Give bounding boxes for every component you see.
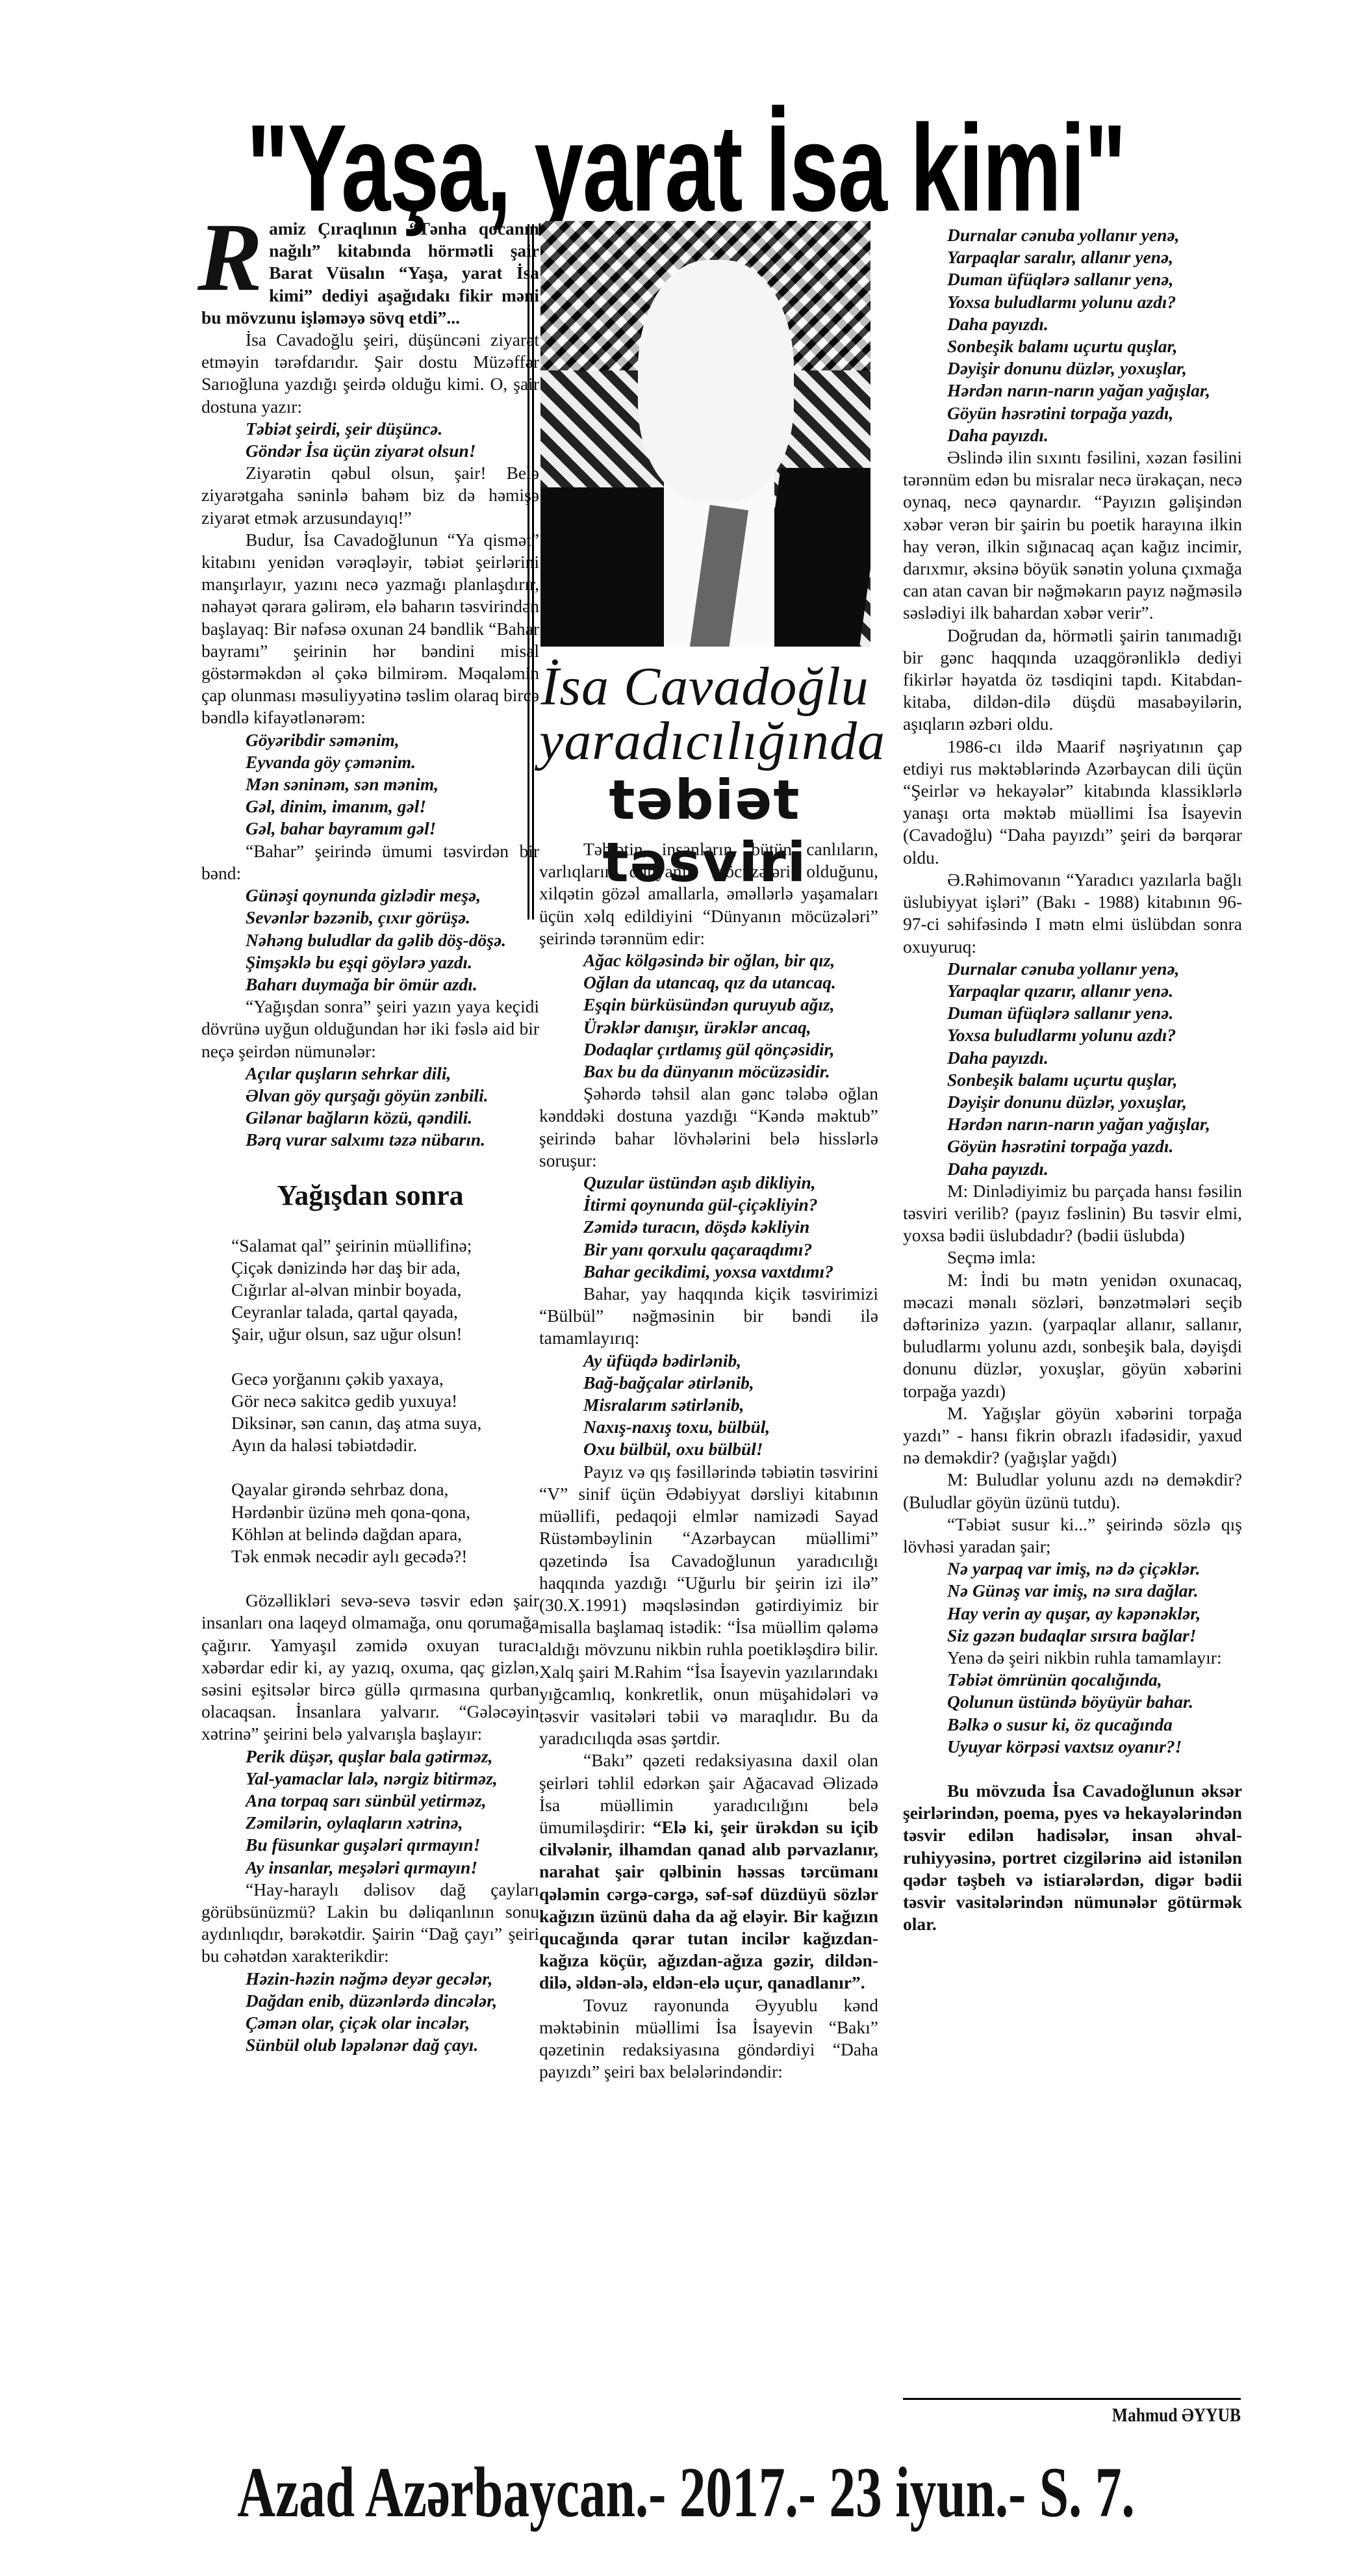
verse-block: Durnalar cənuba yollanır yenə, Yarpaqlar… (903, 224, 1242, 446)
verse-line: Dəyişir donunu düzlər, yoxuşlar, (947, 357, 1242, 380)
verse-line: Hərdən narın-narın yağan yağışlar, (947, 1113, 1242, 1135)
verse-line: Sonbeşik balamı uçurtu quşlar, (947, 1069, 1242, 1091)
paragraph: M: Dinlədiyimiz bu parçada hansı fəsilin… (903, 1180, 1242, 1247)
poem-stanza: Qayalar girəndə sehrbaz dona, Hərdənbir … (201, 1478, 539, 1567)
verse-line: Perik düşər, quşlar bala gətirməz, (246, 1745, 539, 1768)
paragraph: Əslində ilin sıxıntı fəsilini, xəzan fəs… (903, 446, 1242, 625)
verse-block: Təbiət ömrünün qocalığında, Qolunun üstü… (903, 1669, 1242, 1758)
poem-line: Qayalar girəndə sehrbaz dona, (231, 1478, 539, 1501)
verse-line: Yoxsa buludlarmı yolunu azdı? (947, 1024, 1242, 1046)
verse-line: Zəmilərin, oylaqların xətrinə, (246, 1812, 539, 1834)
verse-line: Bir yanı qorxulu qaçaraqdımı? (583, 1239, 878, 1261)
verse-line: Eşqin bürküsündən quruyub ağız, (583, 994, 878, 1016)
verse-line: Mən səninəm, sən mənim, (246, 773, 539, 795)
poem-line: “Salamat qal” şeirinin müəllifinə; (231, 1235, 539, 1257)
verse-line: Bax bu da dünyanın möcüzəsidir. (583, 1061, 878, 1083)
verse-line: Çəmən olar, çiçək olar incələr, (246, 2012, 539, 2034)
drop-cap: R (197, 219, 262, 296)
verse-line: Daha payızdı. (947, 1158, 1242, 1180)
verse-line: Ağac kölgəsində bir oğlan, bir qız, (583, 949, 878, 972)
verse-line: Göndər İsa üçün ziyarət olsun! (246, 440, 539, 462)
paragraph: “Təbiət susur ki...” şeirində sözlə qış … (903, 1513, 1242, 1558)
verse-line: Günəşi qoynunda gizlədir meşə, (246, 884, 539, 907)
left-column: R amiz Çıraqlının “Tənha qocanın nağılı”… (201, 218, 539, 2056)
paragraph: Təbiətin, insanların, bütün canlıların, … (539, 838, 878, 949)
verse-line: Hərdən narın-narın yağan yağışlar, (947, 380, 1242, 402)
verse-block: Quzular üstündən aşıb dikliyin, İtirmi q… (539, 1172, 878, 1283)
verse-line: Yoxsa buludlarmı yolunu azdı? (947, 291, 1242, 313)
poem-line: Çiçək dənizində hər daş bir ada, (231, 1257, 539, 1279)
verse-line: Gəl, bahar bayramım gəl! (246, 818, 539, 840)
verse-line: Ay üfüqdə bədirlənib, (583, 1350, 878, 1372)
paragraph: M: Buludlar yolunu azdı nə deməkdir? (Bu… (903, 1469, 1242, 1513)
verse-line: Sevənlər bəzənib, çıxır görüşə. (246, 907, 539, 929)
verse-block: Ağac kölgəsində bir oğlan, bir qız, Oğla… (539, 949, 878, 1083)
verse-line: Yarpaqlar saralır, allanır yenə, (947, 246, 1242, 268)
middle-column: Təbiətin, insanların, bütün canlıların, … (539, 838, 878, 2083)
poem-line: Gecə yorğanını çəkib yaxaya, (231, 1368, 539, 1390)
paragraph: M. Yağışlar göyün xəbərini torpağa yazdı… (903, 1402, 1242, 1469)
verse-line: Oxu bülbül, oxu bülbül! (583, 1438, 878, 1460)
paragraph: Gözəllikləri sevə-sevə təsvir edən şair … (201, 1590, 539, 1745)
poem-stanza: Gecə yorğanını çəkib yaxaya, Gör necə sa… (201, 1368, 539, 1457)
poem-line: Gör necə sakitcə gedib yuxuya! (231, 1390, 539, 1412)
verse-line: Naxış-naxış toxu, bülbül, (583, 1416, 878, 1438)
paragraph: “Bahar” şeirində ümumi təsvirdən bir bən… (201, 840, 539, 884)
verse-line: Duman üfüqlərə sallanır yenə. (947, 1002, 1242, 1024)
verse-line: Sünbül olub ləpələnər dağ çayı. (246, 2034, 539, 2056)
paragraph: Şəhərdə təhsil alan gənc tələbə oğlan kə… (539, 1083, 878, 1172)
verse-line: Dağdan enib, düzənlərdə dincələr, (246, 1990, 539, 2012)
poem-heading: Yağışdan sonra (201, 1176, 539, 1215)
verse-line: Siz gəzən budaqlar sırsıra bağlar! (947, 1625, 1242, 1647)
verse-line: Qolunun üstündə böyüyür bahar. (947, 1691, 1242, 1713)
paragraph: “Hay-haraylı dəlisov dağ çayları görübsü… (201, 1879, 539, 1968)
verse-line: Yal-yamaclar lalə, nərgiz bitirməz, (246, 1768, 539, 1790)
poem-line: Diksinər, sən canın, daş atma suya, (231, 1412, 539, 1434)
verse-block: Günəşi qoynunda gizlədir meşə, Sevənlər … (201, 884, 539, 996)
paragraph: “Bakı” qəzeti redaksiyasına daxil olan ş… (539, 1749, 878, 1994)
verse-line: Təbiət ömrünün qocalığında, (947, 1669, 1242, 1691)
paragraph: Tovuz rayonunda Əyyublu kənd məktəbinin … (539, 1994, 878, 2083)
paragraph: Seçmə imla: (903, 1246, 1242, 1269)
column-divider (527, 224, 534, 920)
subtitle-line: yaradıcılığında (539, 714, 870, 769)
verse-line: Göyəribdir səmənim, (246, 729, 539, 751)
verse-block: Ay üfüqdə bədirlənib, Bağ-bağçalar ətirl… (539, 1350, 878, 1461)
poem-line: Ceyranlar talada, qartal qayada, (231, 1301, 539, 1323)
verse-line: Şimşəklə bu eşqi göylərə yazdı. (246, 951, 539, 973)
poem-line: Şair, uğur olsun, saz uğur olsun! (231, 1323, 539, 1345)
paragraph: Ə.Rəhimovanın “Yaradıcı yazılarla bağlı … (903, 869, 1242, 958)
verse-line: Yarpaqlar qızarır, allanır yenə. (947, 980, 1242, 1002)
verse-line: Hay verin ay quşar, ay kəpənəklər, (947, 1603, 1242, 1625)
verse-line: Baharı duymağa bir ömür azdı. (246, 973, 539, 996)
verse-line: Əlvan göy qurşağı göyün zənbili. (246, 1085, 539, 1107)
source-citation: Azad Azərbaycan.- 2017.- 23 iyun.- S. 7. (179, 2453, 1194, 2531)
verse-line: Sonbeşik balamı uçurtu quşlar, (947, 335, 1242, 357)
verse-line: Həzin-həzin nəğmə deyər gecələr, (246, 1968, 539, 1990)
poem-line: Tək enmək necədir aylı gecədə?! (231, 1545, 539, 1567)
verse-block: Təbiət şeirdi, şeir düşüncə. Göndər İsa … (201, 418, 539, 462)
author-byline: Mahmud ƏYYUB (954, 2404, 1241, 2427)
paragraph: Yenə də şeiri nikbin ruhla tamamlayır: (903, 1647, 1242, 1669)
verse-line: Daha payızdı. (947, 424, 1242, 446)
verse-line: Nə yarpaq var imiş, nə də çiçəklər. (947, 1558, 1242, 1580)
verse-line: Daha payızdı. (947, 313, 1242, 335)
verse-line: Quzular üstündən aşıb dikliyin, (583, 1172, 878, 1194)
conclusion-paragraph: Bu mövzuda İsa Cavadoğlunun əksər şeirlə… (903, 1780, 1242, 1935)
portrait-photo (540, 221, 870, 647)
verse-line: Bu füsunkar guşələri qırmayın! (246, 1834, 539, 1856)
right-column: Durnalar cənuba yollanır yenə, Yarpaqlar… (903, 224, 1242, 1935)
verse-line: Ürəklər danışır, ürəklər ancaq, (583, 1016, 878, 1038)
paragraph: Budur, İsa Cavadoğlunun “Ya qismət” kita… (201, 529, 539, 729)
verse-line: Zəmidə turacın, döşdə kəkliyin (583, 1216, 878, 1238)
verse-line: Dəyişir donunu düzlər, yoxuşlar, (947, 1091, 1242, 1113)
subtitle-line: İsa Cavadoğlu (539, 660, 870, 714)
verse-line: Bahar gecikdimi, yoxsa vaxtdımı? (583, 1261, 878, 1283)
verse-line: Göyün həsrətini torpağa yazdı, (947, 402, 1242, 424)
verse-line: Gəl, dinim, imanım, gəl! (246, 795, 539, 818)
paragraph: M: İndi bu mətn yenidən oxunacaq, məcazi… (903, 1269, 1242, 1402)
verse-line: Durnalar cənuba yollanır yenə, (947, 224, 1242, 246)
poem-line: Köhlən at belində dağdan apara, (231, 1523, 539, 1545)
verse-line: Nəhəng buludlar da gəlib döş-döşə. (246, 929, 539, 951)
verse-line: Ana torpaq sarı sünbül yetirməz, (246, 1790, 539, 1812)
verse-block: Durnalar cənuba yollanır yenə, Yarpaqlar… (903, 958, 1242, 1180)
paragraph: Payız və qış fəsillərində təbiətin təsvi… (539, 1461, 878, 1750)
byline-rule (903, 2398, 1241, 2400)
verse-line: Bağ-bağçalar ətirlənib, (583, 1372, 878, 1394)
poem-line: Hərdənbir üzünə meh qona-qona, (231, 1501, 539, 1523)
verse-line: Ay insanlar, meşələri qırmayın! (246, 1857, 539, 1879)
paragraph: “Yağışdan sonra” şeiri yazın yaya keçidi… (201, 996, 539, 1063)
verse-line: Duman üfüqlərə sallanır yenə, (947, 268, 1242, 290)
verse-line: Misralarım sətirlənib, (583, 1394, 878, 1416)
verse-line: Bəlkə o susur ki, öz qucağında (947, 1714, 1242, 1736)
verse-line: Təbiət şeirdi, şeir düşüncə. (246, 418, 539, 440)
lead-paragraph: R amiz Çıraqlının “Tənha qocanın nağılı”… (201, 218, 539, 329)
paragraph: 1986-cı ildə Maarif nəşriyatının çap etd… (903, 736, 1242, 869)
paragraph: Ziyarətin qəbul olsun, şair! Belə ziyarə… (201, 462, 539, 529)
paragraph: Bahar, yay haqqında kiçik təsvirimizi “B… (539, 1283, 878, 1350)
paragraph: Doğrudan da, hörmətli şairin tanımadığı … (903, 625, 1242, 736)
verse-line: Dodaqlar çırtlamış gül qönçəsidir, (583, 1038, 878, 1061)
portrait-face (638, 260, 794, 500)
poem-stanza: “Salamat qal” şeirinin müəllifinə; Çiçək… (201, 1235, 539, 1346)
verse-line: Daha payızdı. (947, 1047, 1242, 1069)
poem-line: Cığırlar al-əlvan minbir boyada, (231, 1279, 539, 1301)
quoted-text: “Elə ki, şeir ürəkdən su içib cilvələnir… (539, 1817, 878, 1992)
verse-line: Durnalar cənuba yollanır yenə, (947, 958, 1242, 980)
verse-block: Həzin-həzin nəğmə deyər gecələr, Dağdan … (201, 1968, 539, 2057)
verse-line: Açılar quşların sehrkar dili, (246, 1063, 539, 1085)
verse-block: Perik düşər, quşlar bala gətirməz, Yal-y… (201, 1745, 539, 1879)
verse-line: Göyün həsrətini torpağa yazdı. (947, 1135, 1242, 1157)
verse-line: Uyuyar körpəsi vaxtsız oyanır?! (947, 1736, 1242, 1758)
paragraph: İsa Cavadoğlu şeiri, düşüncəni ziyarət e… (201, 329, 539, 418)
verse-block: Nə yarpaq var imiş, nə də çiçəklər. Nə G… (903, 1558, 1242, 1647)
verse-block: Göyəribdir səmənim, Eyvanda göy çəmənim.… (201, 729, 539, 840)
verse-line: Bərq vurar salxımı təzə nübarın. (246, 1129, 539, 1151)
verse-line: Oğlan da utancaq, qız da utancaq. (583, 972, 878, 994)
verse-line: İtirmi qoynunda gül-çiçəkliyin? (583, 1194, 878, 1216)
verse-line: Eyvanda göy çəmənim. (246, 751, 539, 773)
verse-line: Gilənar bağların közü, qəndili. (246, 1107, 539, 1129)
poem-line: Ayın da haləsi təbiətdədir. (231, 1434, 539, 1456)
verse-block: Açılar quşların sehrkar dili, Əlvan göy … (201, 1063, 539, 1152)
verse-line: Nə Günəş var imiş, nə sıra dağlar. (947, 1580, 1242, 1602)
